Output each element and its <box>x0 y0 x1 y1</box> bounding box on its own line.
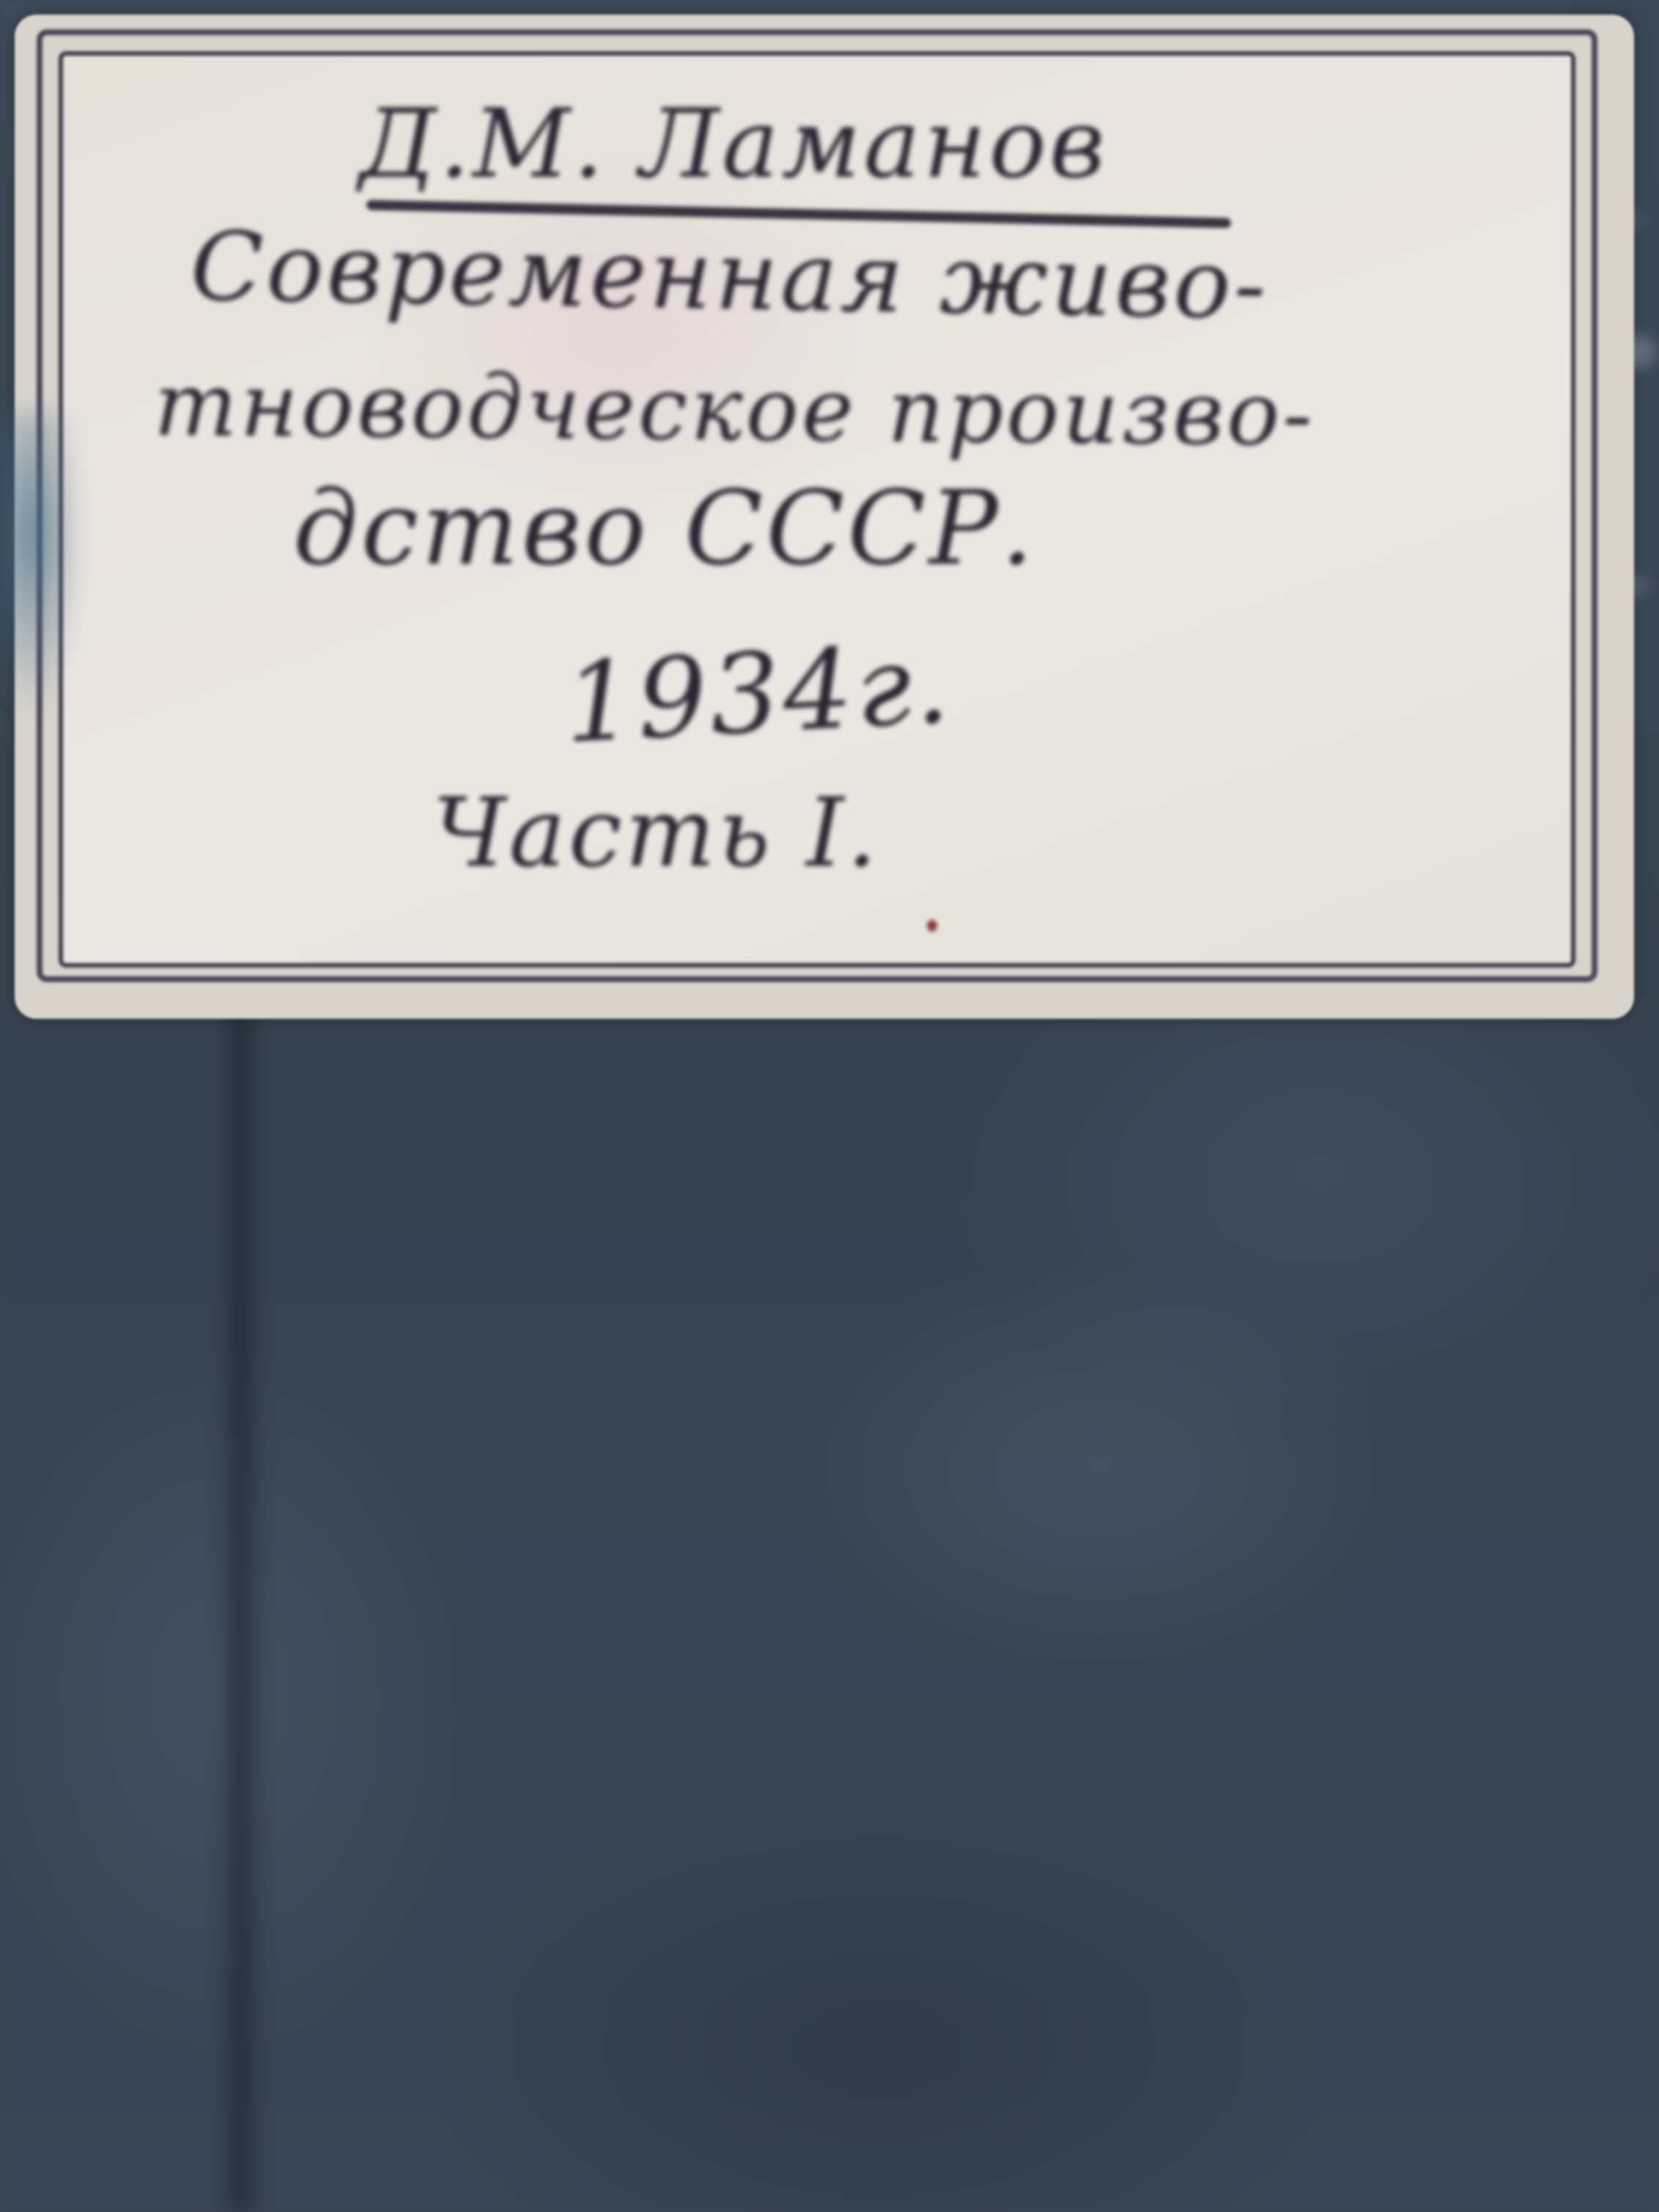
year: 1934г. <box>561 620 956 767</box>
volume-part: Часть I. <box>432 777 880 888</box>
cover-fold-line <box>220 982 264 2212</box>
title-line-3: дство СССР. <box>293 469 1036 589</box>
ink-smudge <box>0 410 81 718</box>
title-line-2: тноводческое произво- <box>153 354 1315 466</box>
author-name: Д.М. Ламанов <box>359 88 1108 199</box>
red-spot <box>927 920 937 932</box>
title-line-1: Современная живо- <box>190 210 1270 341</box>
